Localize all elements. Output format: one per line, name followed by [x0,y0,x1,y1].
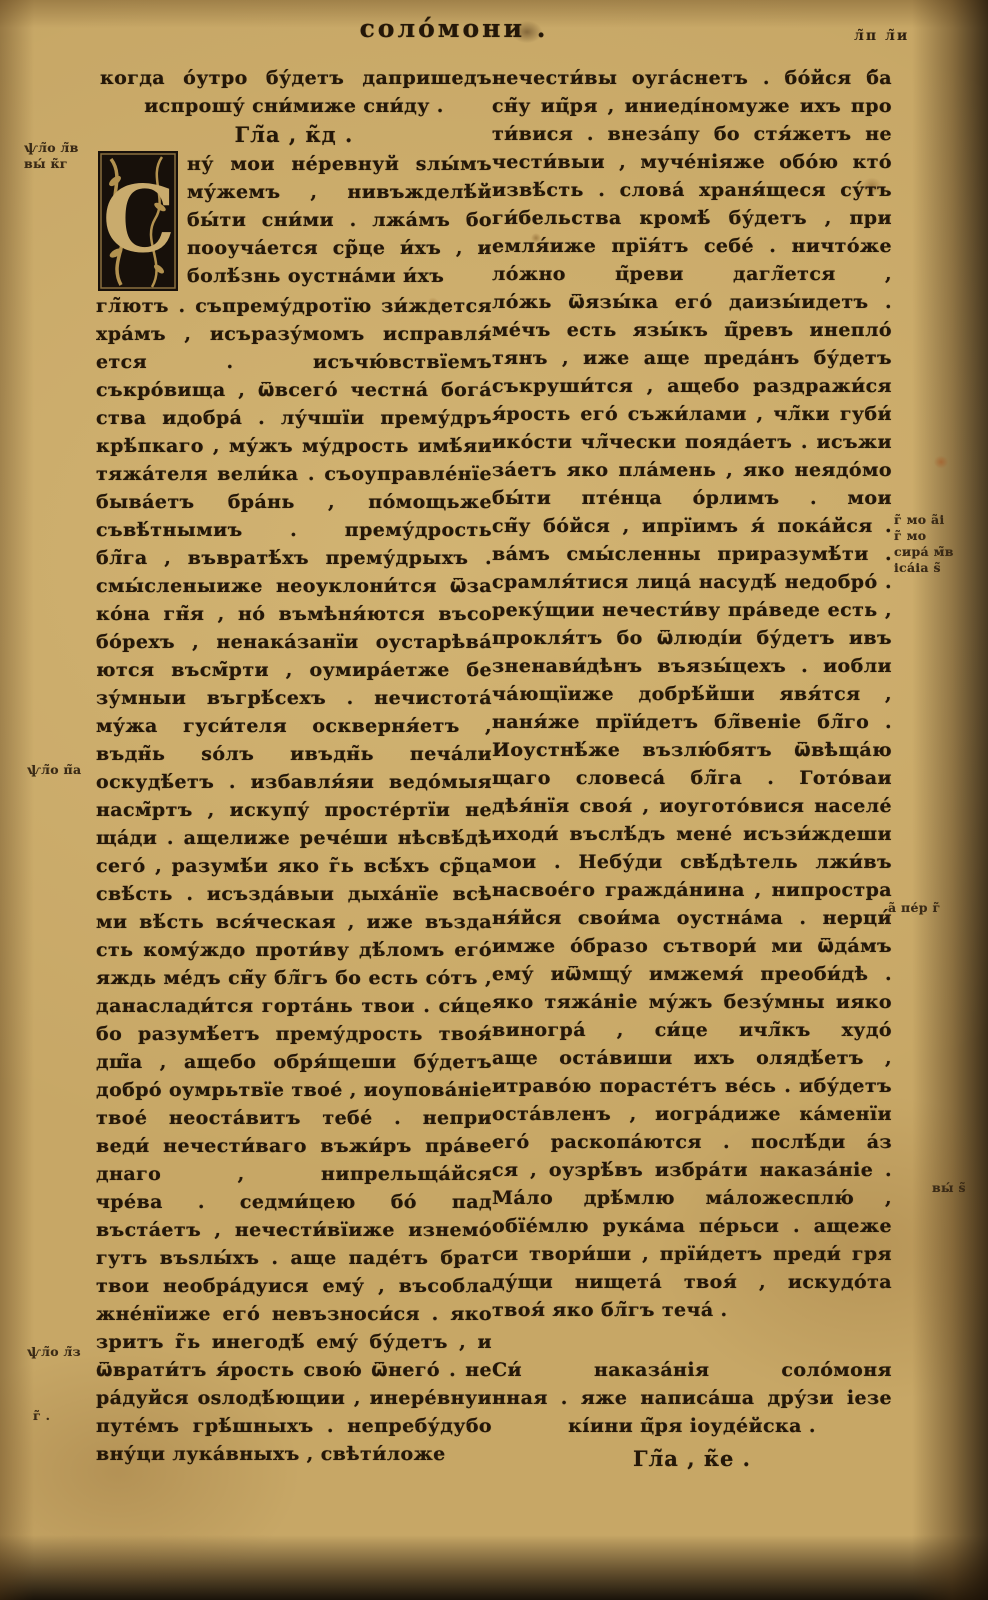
chapter-opening: С ну́ мои не́ревнуй ѕлы́мъму́жемъ , нивъ… [96,150,492,292]
text-line: оскудѣ́етъ . избавля́яи ведо́мыя [96,768,492,796]
text-line: ги́бельства кромѣ́ бу́детъ , при [492,204,892,232]
text-line: веди́ нечести́ваго въжи́ръ пра́ве [96,1132,492,1160]
text-line: дѣя́нїя своя́ , иоугото́вися населе́ . [492,792,892,820]
margin-note-right-scripture-refs: г̃ мо а̃іг̃ мосира́ м̃віса́іа ѕ̃ [894,512,954,576]
text-line: тяжа́теля вели́ка . съоуправле́нїе [96,460,492,488]
text-line: быва́етъ бра́нь , по́мощьже ср̃це́мъ [96,488,492,516]
left-column-body-text: гл̃ютъ . съпрему́дротїю зи́ждетсяхра́мъ … [96,292,492,1468]
text-line: яко тяжа́ніе му́жъ безу́мны ияко [492,988,892,1016]
text-line: сира́ м̃в [894,544,954,560]
text-line: г̃ мо [894,528,954,544]
text-line: въдн̃ь ѕо́лъ ивъдн̃ь печа́ли дондеже [96,740,492,768]
text-line: зненави́дѣнъ въязы́цехъ . иобли [492,652,892,680]
dropcap-adjacent-lines: ну́ мои не́ревнуй ѕлы́мъму́жемъ , нивъжд… [187,150,492,290]
text-line: свѣ́сть . исъзда́выи дыха́нїе всѣ [96,880,492,908]
text-line: му́жа гуси́теля оскверня́етъ , [96,712,492,740]
text-line: Ма́ло дрѣ́млю ма́ложесплю́ , ма́ложе [492,1184,892,1212]
text-line: ва́мъ смы́сленны приразумѣ́ти . [492,540,892,568]
folio-number: л̃п л̃и [854,28,909,44]
text-line: тянъ , иже аще преда́нъ бу́детъ [492,344,892,372]
text-line: путе́мъ грѣ́шныхъ . непребу́дубо [96,1412,492,1440]
scanned-book-page: соло́мони . л̃п л̃и когда о́утро бу́детъ… [0,0,988,1600]
text-line: итраво́ю порасте́тъ ве́сь . ибу́детъ [492,1072,892,1100]
text-line: насм̃ртъ , искупу́ просте́ртїи не [96,796,492,824]
text-line: ня́йся свои́ма оустна́ма . нерци́ [492,904,892,932]
text-line: ются въсм̃рти , оумира́етже бе [96,656,492,684]
text-line: му́жемъ , нивъжделѣ́й [187,178,492,206]
text-line: ико́сти чл̃чески пояда́етъ . исъжи [492,428,892,456]
text-line: гл̃ютъ . съпрему́дротїю зи́ждется [96,292,492,320]
text-line: дш̃а , ащебо обря́щеши бу́детъ [96,1048,492,1076]
text-line: съкруши́тся , ащебо раздражи́ся [492,372,892,400]
text-line: твоя́ яко бл̃гъ теча́ . [492,1296,892,1324]
text-line: ства идобра́ . лу́чшїи прему́дръ [96,404,492,432]
text-line: бо́рехъ , ненака́занїи оустарѣва́ [96,628,492,656]
right-column-body-text: нечести́вы оуга́снетъ . бо́йся б̃асн̃у и… [492,64,892,1324]
text-line: я́рость его́ съжи́лами , чл̃ки губи́ [492,400,892,428]
text-line: щаго словеса́ бл̃га . Гото́ваи въисхо́ [492,764,892,792]
text-line: ми вѣ́сть вся́ческая , иже възда [96,908,492,936]
text-line: чести́выи , муче́ніяже обо́ю кто́ [492,148,892,176]
chapter-23-ending-lines: когда о́утро бу́детъ дапришедъиспрошу́ с… [96,64,492,120]
text-line: ѿврати́тъ я́рость свою́ ѿнего́ . не [96,1356,492,1384]
text-line: ло́жь ѿязы́ка его́ даизы́идетъ . [492,288,892,316]
text-line: сть кому́ждо проти́ву дѣ́ломъ его́ . [96,936,492,964]
text-line: имже о́бразо сътвори́ ми ѿда́мъ [492,932,892,960]
text-line: ду́щи нищета́ твоя́ , искудо́та [492,1268,892,1296]
text-line: ло́жно ц̃реви дагл̃ется , иниеді́наже [492,260,892,288]
text-line: насвое́го гражда́нина , нипростра [492,876,892,904]
margin-note-left-ref: г̃ . [33,1408,50,1424]
text-line: мои . Небу́ди свѣ́дѣтель лжи́въ [492,848,892,876]
chapter-25-heading: Гл̃а , к̃е . [492,1444,892,1474]
text-line: сн̃у иц̃ря , иниеді́номуже ихъ про [492,92,892,120]
text-line: ме́чъ есть язы́къ ц̃ревъ инепло́ [492,316,892,344]
text-line: твое́ неоста́витъ тебе́ . непри [96,1104,492,1132]
margin-note-right-ref: а̃ пе́р г̃ [888,900,940,916]
text-line: виногра́ , си́це ичл̃къ худо́ оу́мныи . [492,1016,892,1044]
text-line: нечести́вы оуга́снетъ . бо́йся б̃а [492,64,892,92]
text-line: съвѣ́тнымиъ . прему́дрость имы́сль [96,516,492,544]
text-line: гутъ въѕлы́хъ . аще паде́тъ брат [96,1244,492,1272]
text-line: днаго , нипрельща́йся бессы́тостїю [96,1160,492,1188]
chapter-colophon: Си́ наказа́нія соло́моня нерасмотре́нная… [492,1356,892,1474]
text-line: бы́ти пте́нца о́рлимъ . мои слове́съ [492,484,892,512]
text-line: съкро́вища , ѿвсего́ честна́ бога́ [96,376,492,404]
text-line: прокля́тъ бо ѿлюді́и бу́детъ ивъ [492,624,892,652]
text-line: Си́ наказа́нія соло́моня нерасмотре́ [492,1356,892,1384]
margin-note-left-psalm-ref: ѱл̃о п̃а [27,762,81,778]
text-line: ется . исъчю́вствїемъ исполня́ются [96,348,492,376]
text-line: сн̃у бо́йся , ипрїимъ я́ пока́йся . Исе́ [492,512,892,540]
text-line: бл̃га , въвратѣ́хъ прему́дрыхъ . [96,544,492,572]
dropcap-letter: С [102,165,175,273]
text-line: чре́ва . седми́цею бо́ пад пра́ведныи [96,1188,492,1216]
text-line: болѣ́знь оустна́ми и́хъ [187,262,492,290]
text-line: іса́іа ѕ̃ [894,560,954,576]
text-line: емля́иже прїя́тъ себе́ . ничто́же [492,232,892,260]
text-line: крѣ́пкаго , му́жъ му́дрость имѣ́яи [96,432,492,460]
text-line: иходи́ въслѣ́дъ мене́ исъзи́ждеши хра́ [492,820,892,848]
text-line: добро́ оумрьтвїе твое́ , иоупова́ніе [96,1076,492,1104]
text-line: вы́ к̃г [24,156,79,172]
text-line: его́ раскопа́ются . послѣ́ди а́з покая́ [492,1128,892,1156]
text-line: си твори́ши , прїи́детъ преди́ гря [492,1240,892,1268]
right-text-column: нечести́вы оуга́снетъ . бо́йся б̃асн̃у и… [492,64,892,1474]
text-line: реку́щии нечести́ву пра́веде есть , [492,596,892,624]
text-line: ра́дуйся оѕлодѣ́ющии , инере́внуи [96,1384,492,1412]
text-line: жне́нїиже его́ невъзноси́ся . яко оу [96,1300,492,1328]
text-line: испрошу́ сни́миже сни́ду . [96,92,492,120]
text-line: зритъ г̃ь инегодѣ́ ему́ бу́детъ , и [96,1328,492,1356]
woodcut-initial-icon: С [98,151,178,291]
colophon-lines: Си́ наказа́нія соло́моня нерасмотре́нная… [492,1356,892,1412]
text-line: ѱл̃о л̃в [24,140,79,156]
text-line: Иоустнѣ́же възлю́бятъ ѿвѣща́ю [492,736,892,764]
text-line: данаслади́тся горта́нь твои . си́це [96,992,492,1020]
ornate-initial-woodcut: С [98,151,178,291]
text-line: срамля́тися лица́ насудѣ́ недобро́ . [492,568,892,596]
colophon-center-line: кі́ини ц̃ря іоуде́йска . [492,1412,892,1440]
text-line: ко́на гн̃я , но́ въмѣня́ются въсо [96,600,492,628]
text-line: извѣ́сть . слова́ храня́щеся су́тъ по [492,176,892,204]
text-line: бо разумѣ́етъ прему́дрость твоя́ [96,1020,492,1048]
text-line: ся , оузрѣ́въ избра́ти наказа́ніе . [492,1156,892,1184]
text-line: ѱл̃о л̃з [27,1344,81,1360]
text-line: ѱл̃о п̃а [27,762,81,778]
text-line: зу́мныи въгрѣ́сехъ . нечистота́ [96,684,492,712]
text-line: аще оста́виши ихъ олядѣ́етъ , [492,1044,892,1072]
chapter-24-heading: Гл̃а , к̃д . [96,120,492,150]
text-line: наня́же прїи́детъ бл̃веніе бл̃го . [492,708,892,736]
text-line: вну́ци лука́вныхъ , свѣти́ложе [96,1440,492,1468]
text-line: ща́ди . ащелиже рече́ши нѣсвѣ́дѣ [96,824,492,852]
margin-note-right-ref: вы́ ѕ̃ [932,1180,966,1196]
text-line: въста́етъ , нечести́вїиже изнемо́ [96,1216,492,1244]
text-line: сего́ , разумѣ́и яко г̃ь всѣ́хъ ср̃ца [96,852,492,880]
margin-note-left-psalm-ref: ѱл̃о л̃з [27,1344,81,1360]
text-line: бы́ти сни́ми . лжа́мъ бо [187,206,492,234]
running-title: соло́мони . [0,14,908,43]
text-line: вы́ ѕ̃ [932,1180,966,1196]
text-line: ну́ мои не́ревнуй ѕлы́мъ [187,150,492,178]
text-line: а̃ пе́р г̃ [888,900,940,916]
text-line: г̃ . [33,1408,50,1424]
text-line: г̃ мо а̃і [894,512,954,528]
text-line: когда о́утро бу́детъ дапришедъ [96,64,492,92]
text-line: яждь ме́дъ сн̃у бл̃гъ бо есть со́тъ , [96,964,492,992]
text-line: смы́сленыиже неоуклони́тся ѿза [96,572,492,600]
text-line: твои необра́дуися ему́ , въсобла [96,1272,492,1300]
text-line: за́етъ яко пла́мень , яко неядо́мо [492,456,892,484]
text-line: ему́ иѿмщу́ имжемя́ преоби́дѣ . [492,960,892,988]
text-line: ти́вися . внеза́пу бо стя́жетъ не [492,120,892,148]
text-line: нная . яже написа́ша дру́зи іезе [492,1384,892,1412]
text-line: пооуча́ется ср̃це и́хъ , и [187,234,492,262]
text-line: ча́ющїиже добрѣ́йши явя́тся , [492,680,892,708]
text-line: хра́мъ , исъразу́момъ исправля́ [96,320,492,348]
left-text-column: когда о́утро бу́детъ дапришедъиспрошу́ с… [96,64,492,1468]
margin-note-left-psalm-ref: ѱл̃о л̃ввы́ к̃г [24,140,79,172]
text-line: обїе́млю рука́ма пе́рьси . ащеже [492,1212,892,1240]
text-line: оста́вленъ , иогра́диже ка́менїи [492,1100,892,1128]
